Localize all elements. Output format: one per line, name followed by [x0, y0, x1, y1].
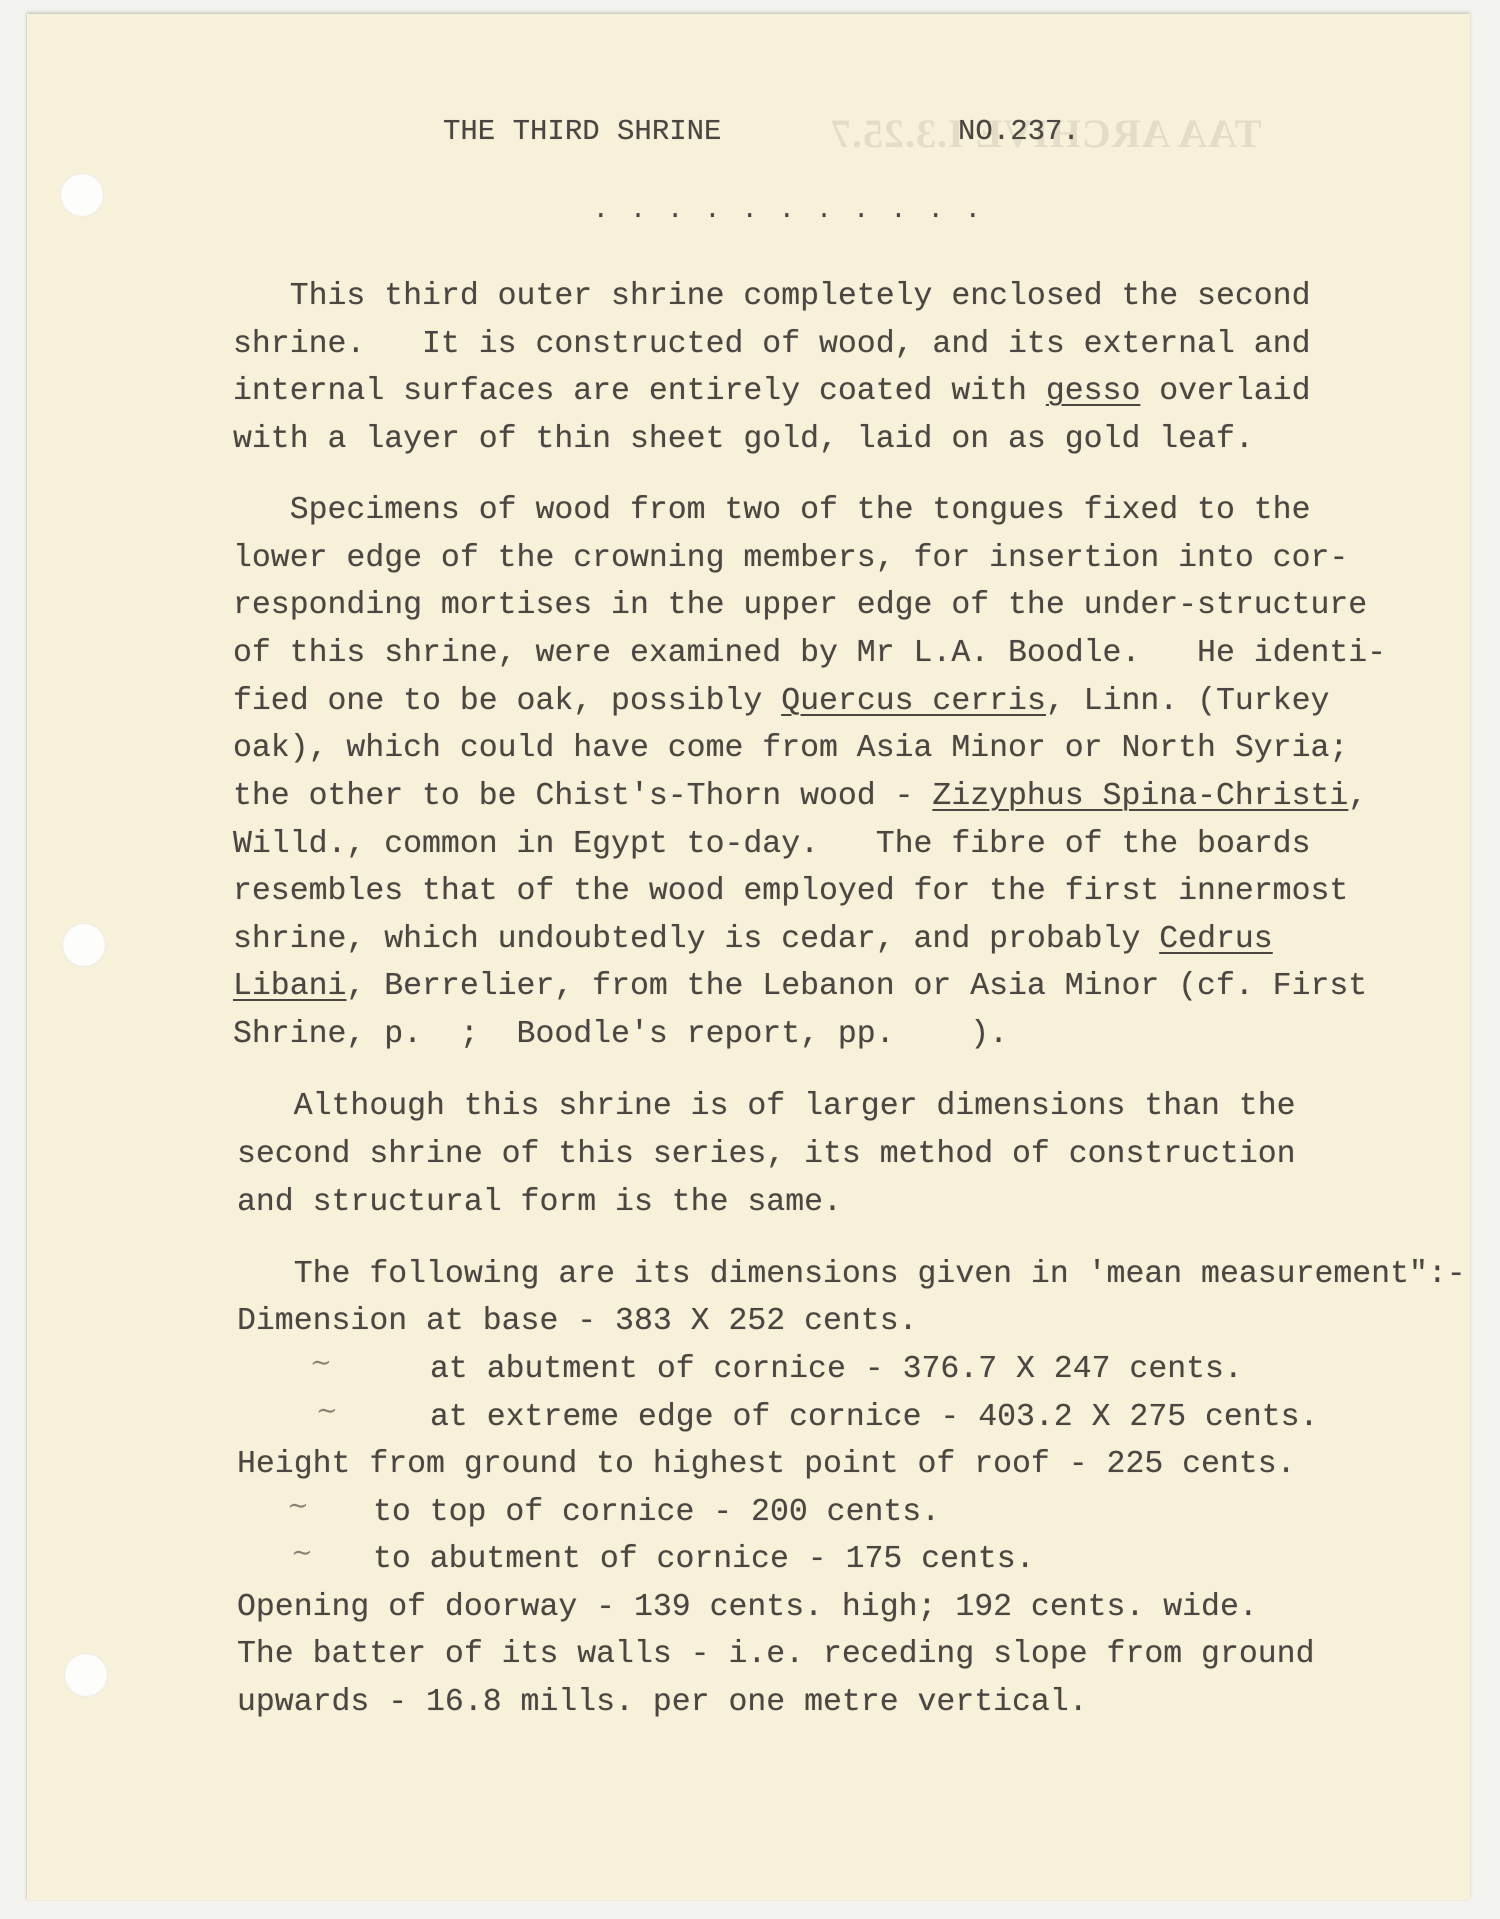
- underlined-term-libani: Libani: [233, 969, 346, 1004]
- height-row-roof: Height from ground to highest point of r…: [237, 1447, 1296, 1483]
- text-line: oak), which could have come from Asia Mi…: [233, 731, 1348, 767]
- punch-hole: [64, 1653, 108, 1697]
- text-line: responding mortises in the upper edge of…: [233, 588, 1367, 624]
- ditto-mark-icon: ∼: [316, 1396, 338, 1426]
- text-line: lower edge of the crowning members, for …: [233, 541, 1348, 577]
- text-line: Although this shrine is of larger dimens…: [237, 1089, 1296, 1125]
- height-row-cornice-top: to top of cornice - 200 cents.: [373, 1495, 940, 1531]
- ditto-mark-icon: ∼: [310, 1348, 332, 1378]
- text-line: second shrine of this series, its method…: [237, 1137, 1296, 1173]
- document-title: THE THIRD SHRINE: [443, 114, 721, 150]
- text-span: internal surfaces are entirely coated wi…: [233, 374, 1046, 409]
- text-span: fied one to be oak, possibly: [233, 684, 781, 719]
- dimensions-intro: The following are its dimensions given i…: [237, 1257, 1466, 1293]
- text-line: Willd., common in Egypt to-day. The fibr…: [233, 827, 1310, 863]
- underlined-term-gesso: gesso: [1046, 374, 1141, 409]
- document-number: NO.237.: [958, 114, 1080, 150]
- punch-hole: [60, 173, 104, 217]
- underlined-term-quercus-cerris: Quercus cerris: [781, 684, 1046, 719]
- doorway-row: Opening of doorway - 139 cents. high; 19…: [237, 1590, 1258, 1626]
- text-line: and structural form is the same.: [237, 1185, 842, 1221]
- text-span: , Berrelier, from the Lebanon or Asia Mi…: [346, 969, 1367, 1004]
- batter-row-cont: upwards - 16.8 mills. per one metre vert…: [237, 1685, 1088, 1721]
- text-line: fied one to be oak, possibly Quercus cer…: [233, 684, 1329, 720]
- separator-dots: . . . . . . . . . . .: [593, 192, 984, 228]
- underlined-term-cedrus: Cedrus: [1159, 922, 1272, 957]
- batter-row: The batter of its walls - i.e. receding …: [237, 1637, 1314, 1673]
- dimension-row-base: Dimension at base - 383 X 252 cents.: [237, 1304, 918, 1340]
- text-line: shrine, which undoubtedly is cedar, and …: [233, 922, 1273, 958]
- height-row-abutment: to abutment of cornice - 175 cents.: [373, 1542, 1035, 1578]
- text-line: Specimens of wood from two of the tongue…: [233, 493, 1310, 529]
- text-line: of this shrine, were examined by Mr L.A.…: [233, 636, 1386, 672]
- text-span: the other to be Chist's-Thorn wood -: [233, 779, 932, 814]
- text-line: Libani, Berrelier, from the Lebanon or A…: [233, 969, 1367, 1005]
- text-line: the other to be Chist's-Thorn wood - Ziz…: [233, 779, 1367, 815]
- text-line: Shrine, p. ; Boodle's report, pp. ).: [233, 1017, 1008, 1053]
- text-line: shrine. It is constructed of wood, and i…: [233, 327, 1310, 363]
- punch-hole: [62, 923, 106, 967]
- text-span: overlaid: [1140, 374, 1310, 409]
- dimension-row-abutment: at abutment of cornice - 376.7 X 247 cen…: [430, 1352, 1243, 1388]
- dimension-row-extreme-edge: at extreme edge of cornice - 403.2 X 275…: [430, 1400, 1318, 1436]
- text-line: with a layer of thin sheet gold, laid on…: [233, 422, 1254, 458]
- underlined-term-zizyphus: Zizyphus Spina-Christi: [932, 779, 1348, 814]
- text-span: ,: [1348, 779, 1367, 814]
- ditto-mark-icon: ∼: [291, 1538, 313, 1568]
- text-line: This third outer shrine completely enclo…: [233, 279, 1310, 315]
- ditto-mark-icon: ∼: [287, 1491, 309, 1521]
- text-line: resembles that of the wood employed for …: [233, 874, 1348, 910]
- text-span: shrine, which undoubtedly is cedar, and …: [233, 922, 1159, 957]
- text-span: , Linn. (Turkey: [1046, 684, 1330, 719]
- text-line: internal surfaces are entirely coated wi…: [233, 374, 1311, 410]
